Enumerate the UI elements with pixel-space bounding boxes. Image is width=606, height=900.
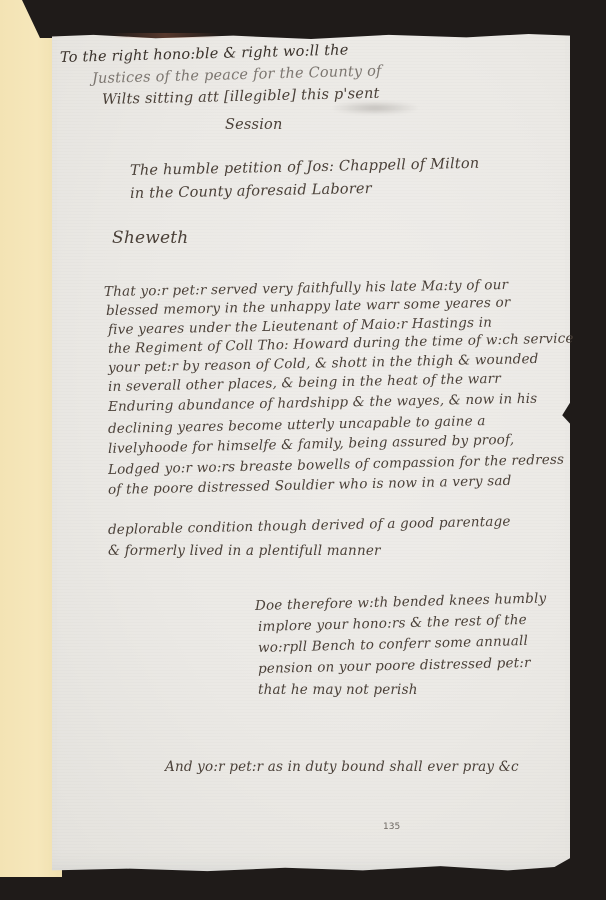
folio-number: 135: [383, 822, 400, 832]
address-line: Session: [225, 117, 283, 133]
ink-smudge: [330, 101, 420, 115]
body-line: & formerly lived in a plentifull manner: [108, 542, 381, 561]
prayer-line: that he may not perish: [258, 681, 418, 700]
closing-line: And yo:r pet:r as in duty bound shall ev…: [165, 758, 519, 777]
document-viewer: To the right hono:ble & right wo:ll the …: [0, 0, 606, 900]
paper-stain: [110, 33, 220, 38]
salutation: Sheweth: [112, 228, 188, 248]
